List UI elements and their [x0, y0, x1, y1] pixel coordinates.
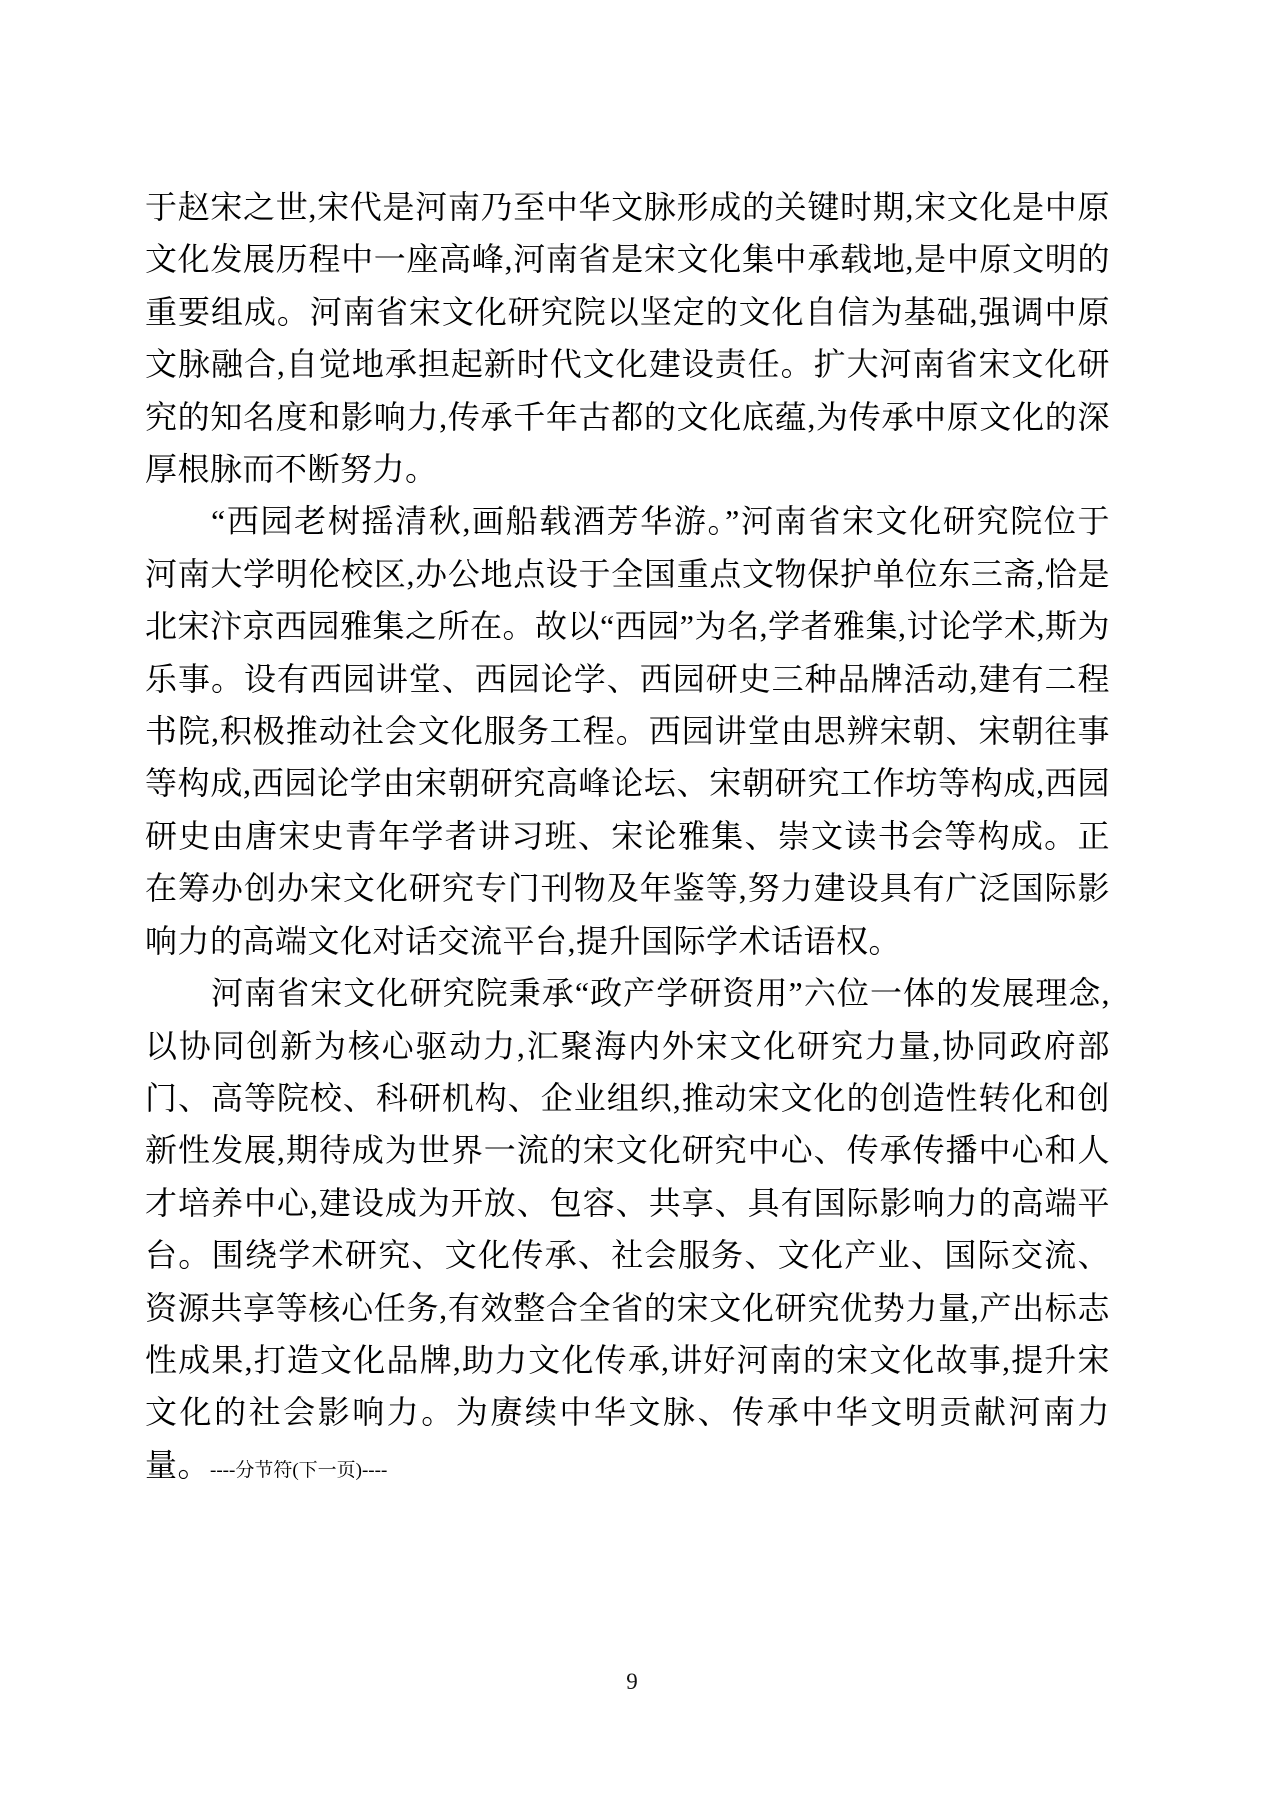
section-break-marker: ----分节符(下一页)----	[210, 1460, 387, 1481]
paragraph-2: “西园老树摇清秋,画船载酒芳华游。”河南省宋文化研究院位于河南大学明伦校区,办公…	[145, 495, 1110, 967]
paragraph-3-text: 河南省宋文化研究院秉承“政产学研资用”六位一体的发展理念,以协同创新为核心驱动力…	[145, 975, 1110, 1483]
paragraph-1: 于赵宋之世,宋代是河南乃至中华文脉形成的关键时期,宋文化是中原文化发展历程中一座…	[145, 181, 1110, 495]
paragraph-2-text: “西园老树摇清秋,画船载酒芳华游。”河南省宋文化研究院位于河南大学明伦校区,办公…	[145, 503, 1110, 958]
paragraph-1-text: 于赵宋之世,宋代是河南乃至中华文脉形成的关键时期,宋文化是中原文化发展历程中一座…	[145, 189, 1110, 487]
paragraph-3: 河南省宋文化研究院秉承“政产学研资用”六位一体的发展理念,以协同创新为核心驱动力…	[145, 967, 1110, 1497]
document-body: 于赵宋之世,宋代是河南乃至中华文脉形成的关键时期,宋文化是中原文化发展历程中一座…	[145, 181, 1110, 1497]
document-page: 于赵宋之世,宋代是河南乃至中华文脉形成的关键时期,宋文化是中原文化发展历程中一座…	[0, 0, 1278, 1809]
page-number: 9	[0, 1669, 1264, 1695]
